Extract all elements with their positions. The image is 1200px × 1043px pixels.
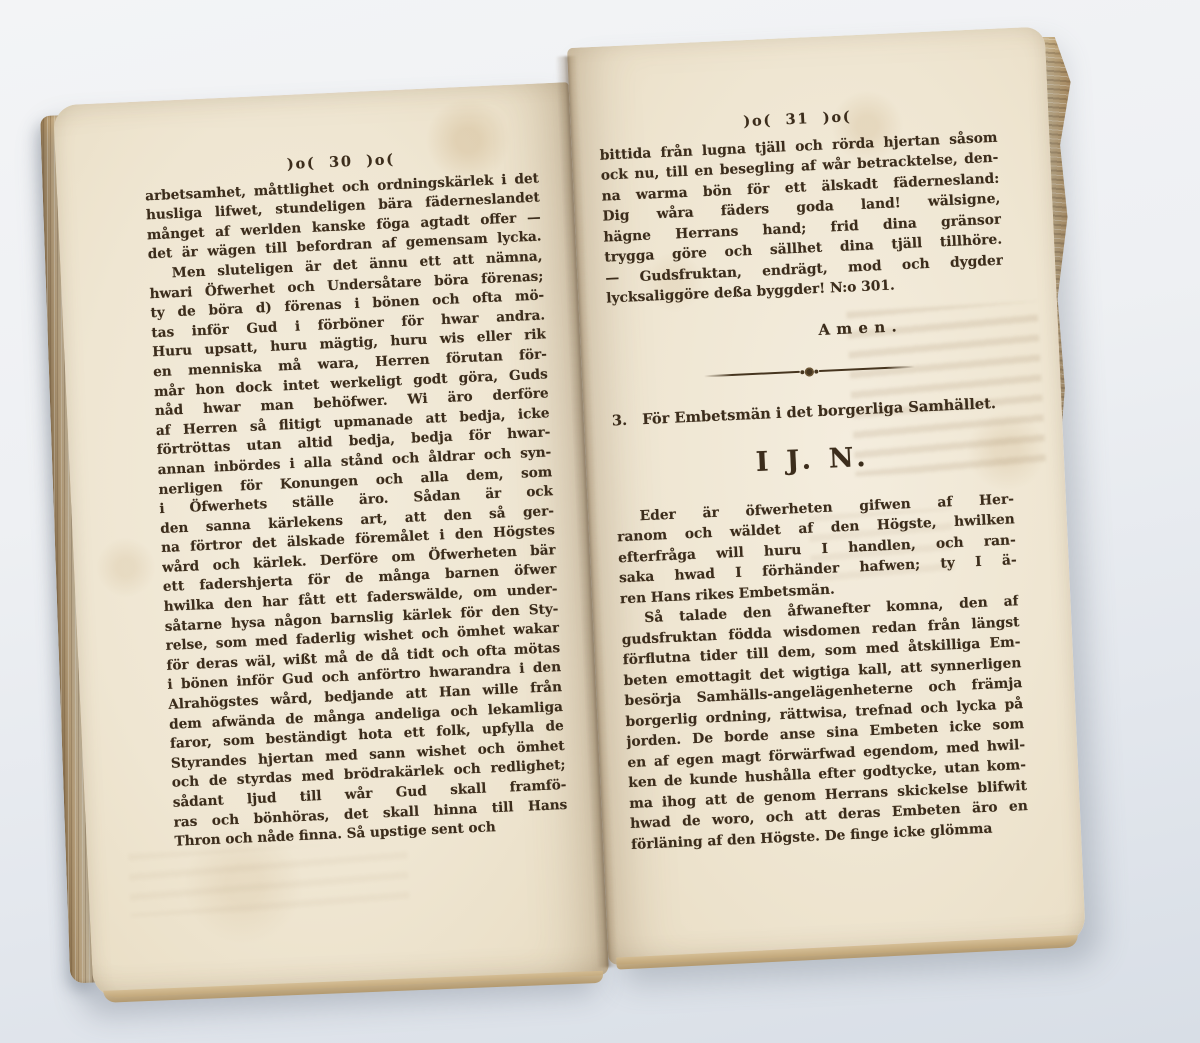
open-book: )o( 30 )o(arbetsamhet, måttlighet och or… (27, 4, 1134, 1019)
right-page-text: )o( 31 )o(bittida från lugna tjäll och r… (598, 101, 1029, 855)
left-page-text: )o( 30 )o(arbetsamhet, måttlighet och or… (144, 144, 569, 853)
divider-rule (818, 366, 914, 373)
divider-rule (703, 371, 799, 378)
rosette-ornament-icon (804, 367, 813, 376)
left-page: )o( 30 )o(arbetsamhet, måttlighet och or… (53, 82, 609, 998)
showthrough-smudge (128, 841, 409, 916)
right-page: )o( 31 )o(bittida från lugna tjäll och r… (567, 26, 1086, 965)
